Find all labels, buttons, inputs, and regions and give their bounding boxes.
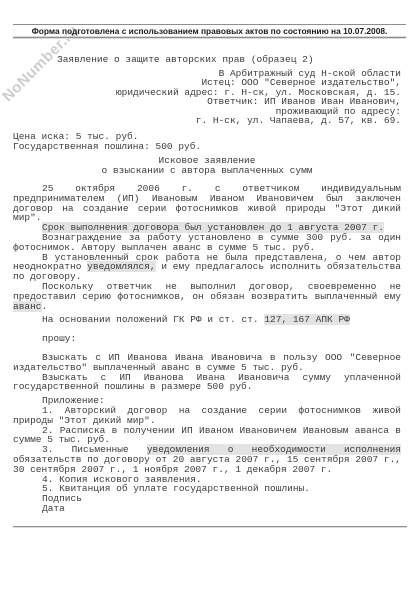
appendix-item: 1. Авторский договор на создание серии ф… — [13, 406, 401, 426]
request-word: прошу: — [13, 334, 401, 344]
header-note-band: Форма подготовлена с использованием прав… — [13, 24, 406, 38]
claim-paragraph-4: В установленный срок работа не была пред… — [13, 253, 401, 282]
bottom-rule — [13, 526, 407, 528]
claim-heading-line2: о взыскании с автора выплаченных сумм — [13, 166, 401, 176]
appendix-item: 2. Расписка в получении ИП Иваном Иванов… — [13, 426, 401, 446]
defendant-address-line: г. Н-ск, ул. Чапаева, д. 57, кв. 69. — [13, 116, 401, 126]
date-label: Дата — [13, 504, 401, 514]
document-body: Заявление о защите авторских прав (образ… — [13, 55, 401, 514]
state-duty: Государственная пошлина: 500 руб. — [13, 142, 401, 152]
demand-paragraph-2: Взыскать с ИП Иванова Ивана Ивановича су… — [13, 373, 401, 393]
claim-paragraph-5: Поскольку ответчик не выполнил договор, … — [13, 282, 401, 311]
case-info-block: Цена иска: 5 тыс. руб. Государственная п… — [13, 132, 401, 152]
signature-label: Подпись — [13, 494, 401, 504]
reference-link[interactable]: 127, 167 АПК РФ — [264, 314, 350, 325]
document-title: Заявление о защите авторских прав (образ… — [57, 55, 401, 65]
claim-paragraph-3: Вознаграждение за работу установлено в с… — [13, 233, 401, 253]
demand-paragraph-1: Взыскать с ИП Иванова Ивана Ивановича в … — [13, 353, 401, 373]
legal-basis-paragraph: На основании положений ГК РФ и ст. ст. 1… — [13, 315, 401, 325]
reference-link[interactable]: аванс — [13, 301, 42, 312]
claim-heading: Исковое заявление о взыскании с автора в… — [13, 156, 401, 176]
addressee-block: В Арбитражный суд Н-ской области Истец: … — [13, 69, 401, 126]
header-note-text: Форма подготовлена с использованием прав… — [32, 26, 388, 36]
claim-paragraph-1: 25 октября 2006 г. с ответчиком индивиду… — [13, 184, 401, 223]
appendix-item: 3. Письменные уведомления о необходимост… — [13, 445, 401, 474]
document-page: NoNumber.ru Форма подготовлена с использ… — [0, 0, 420, 600]
reference-link[interactable]: уведомлялся, — [87, 261, 155, 272]
